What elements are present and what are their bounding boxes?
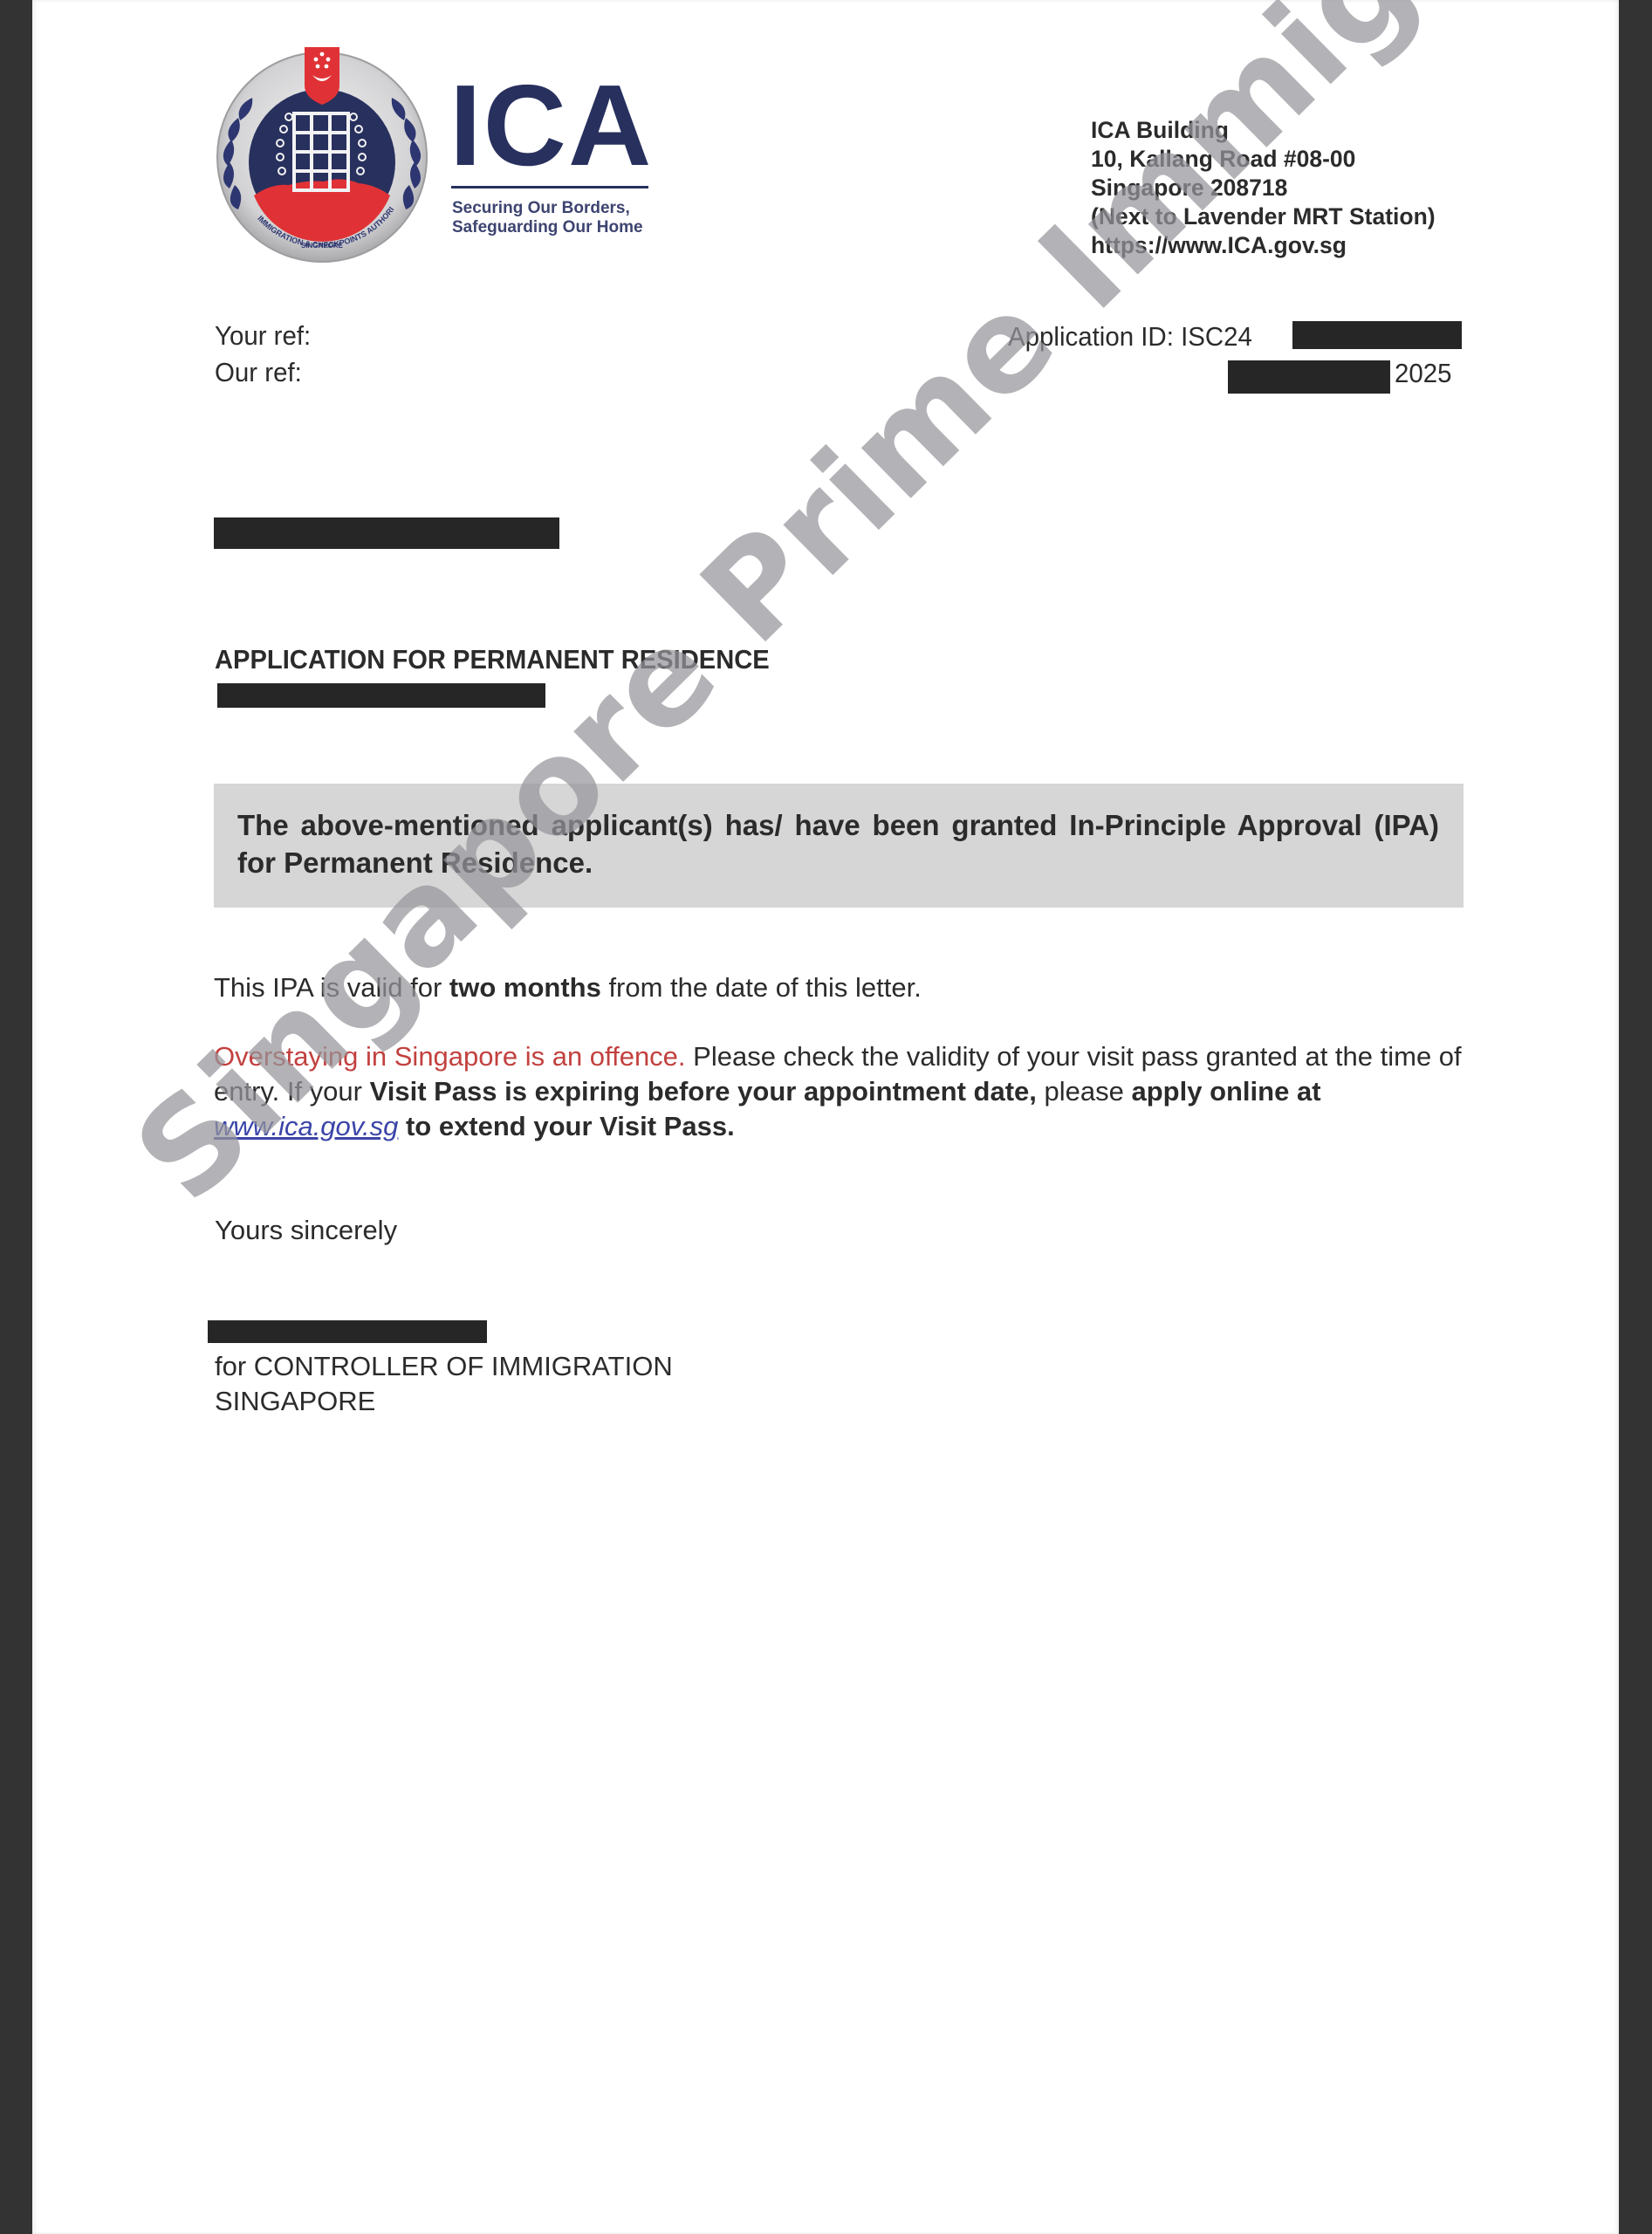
ipa-approval-box: The above-mentioned applicant(s) has/ ha…: [214, 784, 1463, 908]
overstay-bold-1: Visit Pass is expiring before your appoi…: [370, 1076, 1037, 1107]
validity-text-end: from the date of this letter.: [601, 972, 922, 1003]
letter-subject: APPLICATION FOR PERMANENT RESIDENCE: [215, 644, 770, 675]
redaction-application-id: [1292, 321, 1462, 349]
overstay-warning: Overstaying in Singapore is an offence.: [214, 1041, 686, 1072]
overstay-bold-3: to extend your Visit Pass.: [398, 1111, 734, 1141]
address-line: 10, Kallang Road #08-00: [1091, 145, 1436, 174]
address-website: https://www.ICA.gov.sg: [1091, 231, 1436, 260]
closing-salutation: Yours sincerely: [215, 1213, 397, 1248]
ica-emblem-icon: IMMIGRATION & CHECKPOINTS AUTHORITY SING…: [214, 42, 430, 264]
logo-rule: [451, 186, 648, 188]
address-line: ICA Building: [1091, 116, 1436, 145]
validity-duration: two months: [449, 972, 601, 1003]
sender-address: ICA Building 10, Kallang Road #08-00 Sin…: [1091, 116, 1436, 260]
validity-text: This IPA is valid for: [214, 972, 449, 1003]
application-id: Application ID: ISC24: [1008, 319, 1252, 354]
redaction-applicant-details: [217, 683, 545, 708]
signatory-title: for CONTROLLER OF IMMIGRATION: [215, 1349, 673, 1384]
overstay-bold-2: apply online at: [1131, 1076, 1320, 1107]
our-ref-label: Our ref:: [215, 355, 302, 390]
redaction-officer-name: [208, 1320, 487, 1343]
svg-text:SINGAPORE: SINGAPORE: [301, 242, 344, 250]
overstay-paragraph: Overstaying in Singapore is an offence. …: [214, 1039, 1470, 1144]
ipa-approval-text: The above-mentioned applicant(s) has/ ha…: [237, 806, 1439, 881]
your-ref-label: Your ref:: [215, 319, 311, 353]
validity-paragraph: This IPA is valid for two months from th…: [214, 970, 1470, 1005]
ica-wordmark: ICA: [449, 68, 653, 183]
letter-date-year: 2025: [1395, 356, 1452, 391]
overstay-text-2: please: [1037, 1076, 1132, 1107]
signatory-country: SINGAPORE: [215, 1384, 375, 1419]
letter-page: IMMIGRATION & CHECKPOINTS AUTHORITY SING…: [32, 0, 1619, 2234]
logo-tagline: Securing Our Borders, Safeguarding Our H…: [452, 199, 643, 237]
redaction-recipient-name: [214, 517, 559, 549]
address-line: (Next to Lavender MRT Station): [1091, 202, 1436, 231]
redaction-date: [1228, 360, 1390, 394]
ica-website-link[interactable]: www.ica.gov.sg: [214, 1111, 398, 1141]
address-line: Singapore 208718: [1091, 174, 1436, 202]
